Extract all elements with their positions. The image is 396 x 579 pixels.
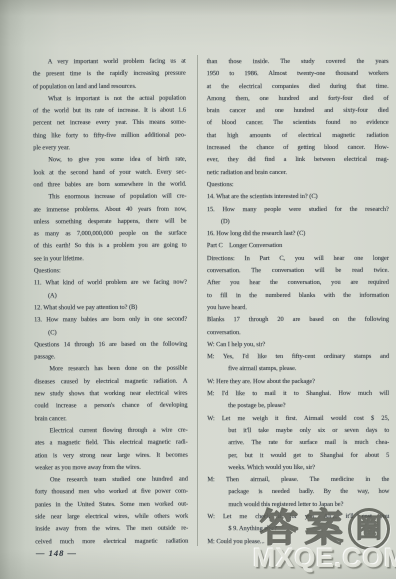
text-line: the present time is the rapidly increasi… <box>33 68 186 81</box>
text-line: netic radiation and brain cancer. <box>207 167 389 180</box>
text-line: weaker as you move away from the wires. <box>35 461 188 474</box>
text-line: package is needed badly. By the way, how <box>207 486 389 499</box>
text-line: M: Then airmail, please. The medicine in… <box>207 474 389 487</box>
text-line: of population on land and land resources… <box>33 80 186 93</box>
text-line: ple every year. <box>33 142 186 155</box>
text-line: but it'll take maybe only six or seven d… <box>207 425 389 438</box>
text-line: Questions 14 through 16 are based on the… <box>34 338 187 351</box>
text-line: side near large electrical wires, while … <box>35 511 188 524</box>
text-line: five airmail stamps, please. <box>207 363 389 376</box>
text-line: (C) <box>34 326 187 339</box>
text-line: percent net increase every year. This me… <box>33 117 186 130</box>
text-line: A very important world problem facing us… <box>33 56 186 69</box>
text-line: ates a magnetic field. This electrical m… <box>35 437 188 450</box>
text-line: increased the chance of getting blood ca… <box>207 142 389 155</box>
text-line: the postage be, please? <box>207 400 389 413</box>
text-line: 14. What are the scientists interested i… <box>207 191 389 204</box>
text-line: Questions: <box>34 265 187 278</box>
text-line: 13. How many babies are born only in one… <box>34 314 187 327</box>
text-line: brain cancer and one hundred and sixty-f… <box>207 105 389 118</box>
text-line: weeks. Which would you like, sir? <box>207 462 389 475</box>
right-column: than those inside. The study covered the… <box>207 56 390 548</box>
text-line: 12. What should we pay attention to? (B) <box>34 302 187 315</box>
text-line: After you hear the conversation, you are… <box>207 277 389 290</box>
text-line: More research has been done on the possi… <box>34 363 187 376</box>
text-line: (A) <box>34 289 187 302</box>
text-line: see in your lifetime. <box>34 252 187 265</box>
text-line: of this earth! So this is a problem you … <box>34 240 187 253</box>
text-line: to fill in the numbered blanks with the … <box>207 289 389 302</box>
text-line: Questions: <box>207 179 389 192</box>
text-line: What is important is not the actual popu… <box>33 92 186 105</box>
text-line: M: Yes, I'd like ten fifty-cent ordinary… <box>207 351 389 364</box>
left-column: A very important world problem facing us… <box>33 56 189 549</box>
text-line: as many as 7,000,000,000 people on the s… <box>34 228 187 241</box>
stamp-character: 圈 <box>354 514 384 544</box>
text-line: 15. How many people were studied for the… <box>207 203 389 216</box>
text-line: Among them, one hundred and forty-four d… <box>207 93 389 106</box>
text-line: conversation. <box>207 326 389 339</box>
text-line: panies in the United States. Some men wo… <box>35 498 188 511</box>
text-line: W: Can I help you, sir? <box>207 339 389 352</box>
text-line: Electrical current flowing through a wir… <box>35 425 188 438</box>
text-line: 11. What kind of world problem are we fa… <box>34 277 187 290</box>
text-line: could increase a person's chance of deve… <box>35 400 188 413</box>
text-line: that high amounts of electrical magnetic… <box>207 130 389 143</box>
text-line: inside away from the wires. The men outs… <box>35 523 188 536</box>
text-line: arrive. The rate for surface mail is muc… <box>207 437 389 450</box>
text-line: M: I'd like to mail it to Shanghai. How … <box>207 388 389 401</box>
column-divider <box>197 55 198 546</box>
text-line: thing like forty to fifty-five million a… <box>33 129 186 142</box>
text-line: W: Here they are. How about the package? <box>207 376 389 389</box>
text-line: ation is very strong near large wires. I… <box>35 449 188 462</box>
text-line: Part C Longer Conversation <box>207 240 389 253</box>
text-line: This enormous increase of population wil… <box>33 191 186 204</box>
text-line: look at the second hand of your watch. E… <box>33 166 186 179</box>
text-line: ate immense problems. About 40 years fro… <box>33 203 186 216</box>
text-line: Blanks 17 through 20 are based on the fo… <box>207 314 389 327</box>
text-line: One research team studied one hundred an… <box>35 474 188 487</box>
text-line: brain cancer. <box>35 412 188 425</box>
text-line: 1950 to 1986. Almost twenty-one thousand… <box>207 68 389 81</box>
text-line: of the world but its rate of increase. I… <box>33 105 186 118</box>
text-line: conversation. The conversation will be r… <box>207 265 389 278</box>
text-line: per, but it would get to Shanghai for ab… <box>207 449 389 462</box>
text-line: ond three babies are born somewhere in t… <box>33 179 186 192</box>
watermark-site-text: MXQE.COM <box>253 543 396 574</box>
text-line: than those inside. The study covered the… <box>207 56 389 69</box>
text-line: (D) <box>207 216 389 229</box>
text-line: passage. <box>34 351 187 364</box>
text-line: W: Let me weigh it first. Airmail would … <box>207 412 389 425</box>
page-number: — 148 — <box>36 548 77 558</box>
text-line: ceived much more electrical magnetic rad… <box>35 535 188 548</box>
text-line: ever, they did find a link between elect… <box>207 154 389 167</box>
text-line: new study shows that working near electr… <box>34 388 187 401</box>
text-line: unless something desperate happens, ther… <box>34 215 187 228</box>
text-line: you have heard. <box>207 302 389 315</box>
text-line: Directions: In Part C, you will hear one… <box>207 253 389 266</box>
text-line: Now, to give you some idea of birth rate… <box>33 154 186 167</box>
text-line: diseases caused by electrical magnetic r… <box>34 375 187 388</box>
text-line: at the electrical companies died during … <box>207 80 389 93</box>
text-line: 16. How long did the research last? (C) <box>207 228 389 241</box>
text-line: forty thousand men who worked at five po… <box>35 486 188 499</box>
text-line: of blood cancer. The scientists found no… <box>207 117 389 130</box>
